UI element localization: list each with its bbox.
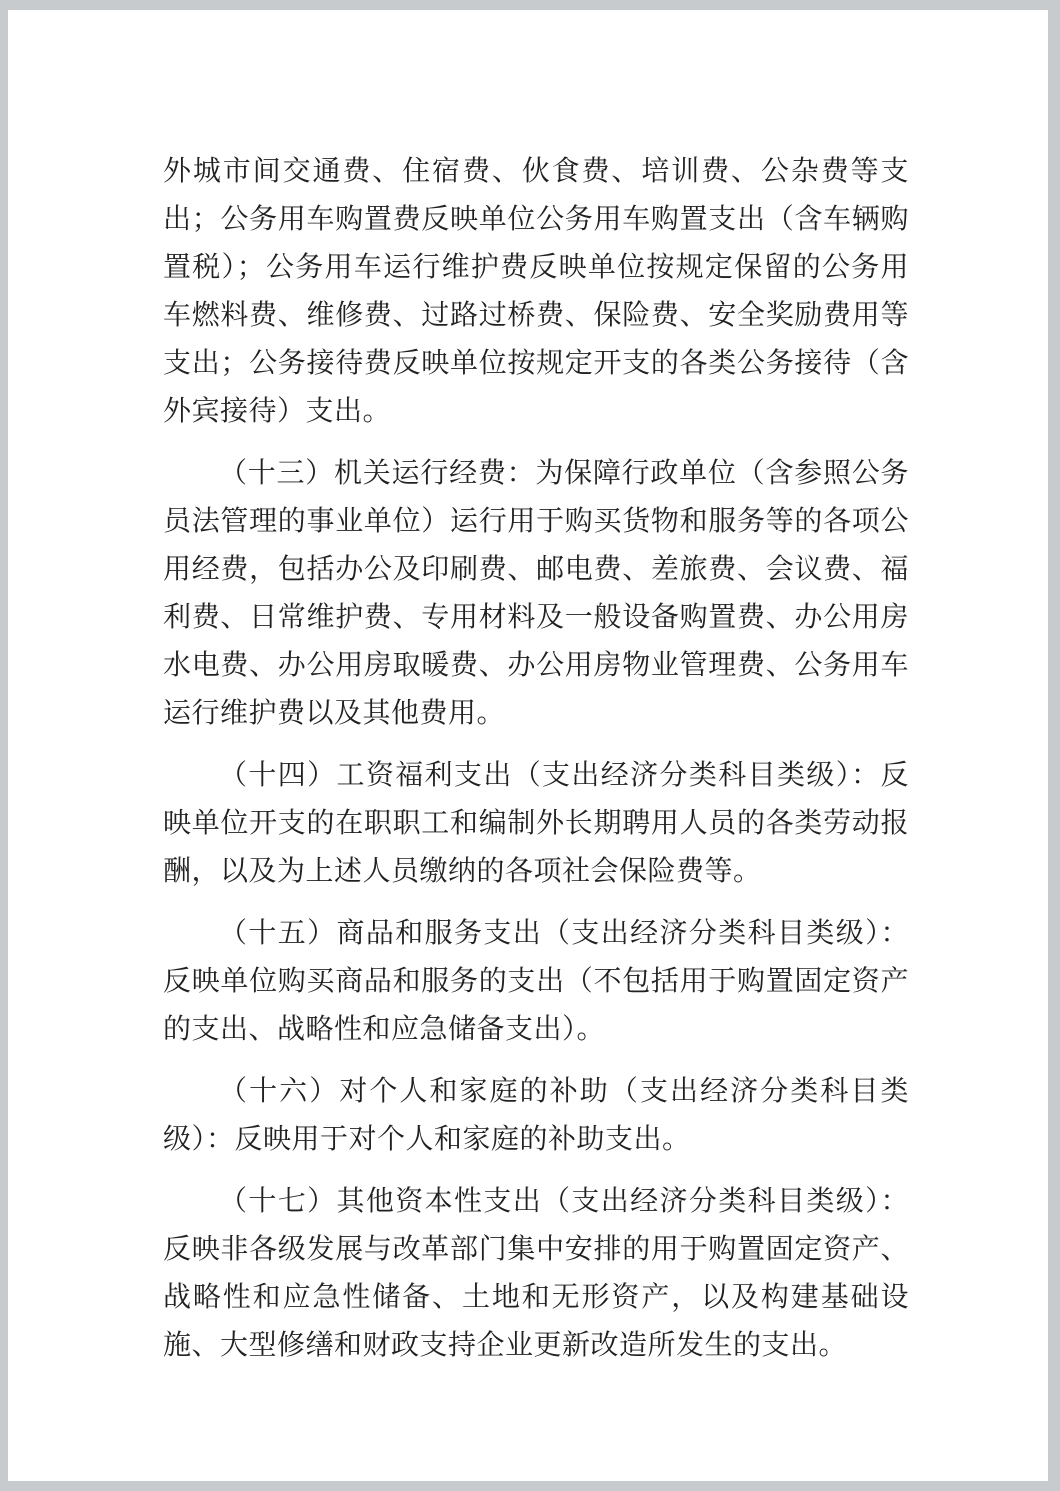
paragraph-item-13: （十三）机关运行经费：为保障行政单位（含参照公务员法管理的事业单位）运行用于购买… <box>163 450 909 738</box>
document-body: 外城市间交通费、住宿费、伙食费、培训费、公杂费等支出；公务用车购置费反映单位公务… <box>163 148 909 1384</box>
paragraph-item-16: （十六）对个人和家庭的补助（支出经济分类科目类级）：反映用于对个人和家庭的补助支… <box>163 1068 909 1164</box>
paragraph-item-17: （十七）其他资本性支出（支出经济分类科目类级）：反映非各级发展与改革部门集中安排… <box>163 1178 909 1370</box>
paragraph-item-15: （十五）商品和服务支出（支出经济分类科目类级）：反映单位购买商品和服务的支出（不… <box>163 910 909 1054</box>
paragraph-item-14: （十四）工资福利支出（支出经济分类科目类级）：反映单位开支的在职职工和编制外长期… <box>163 752 909 896</box>
paragraph-continuation: 外城市间交通费、住宿费、伙食费、培训费、公杂费等支出；公务用车购置费反映单位公务… <box>163 148 909 436</box>
document-page: 外城市间交通费、住宿费、伙食费、培训费、公杂费等支出；公务用车购置费反映单位公务… <box>8 10 1048 1481</box>
